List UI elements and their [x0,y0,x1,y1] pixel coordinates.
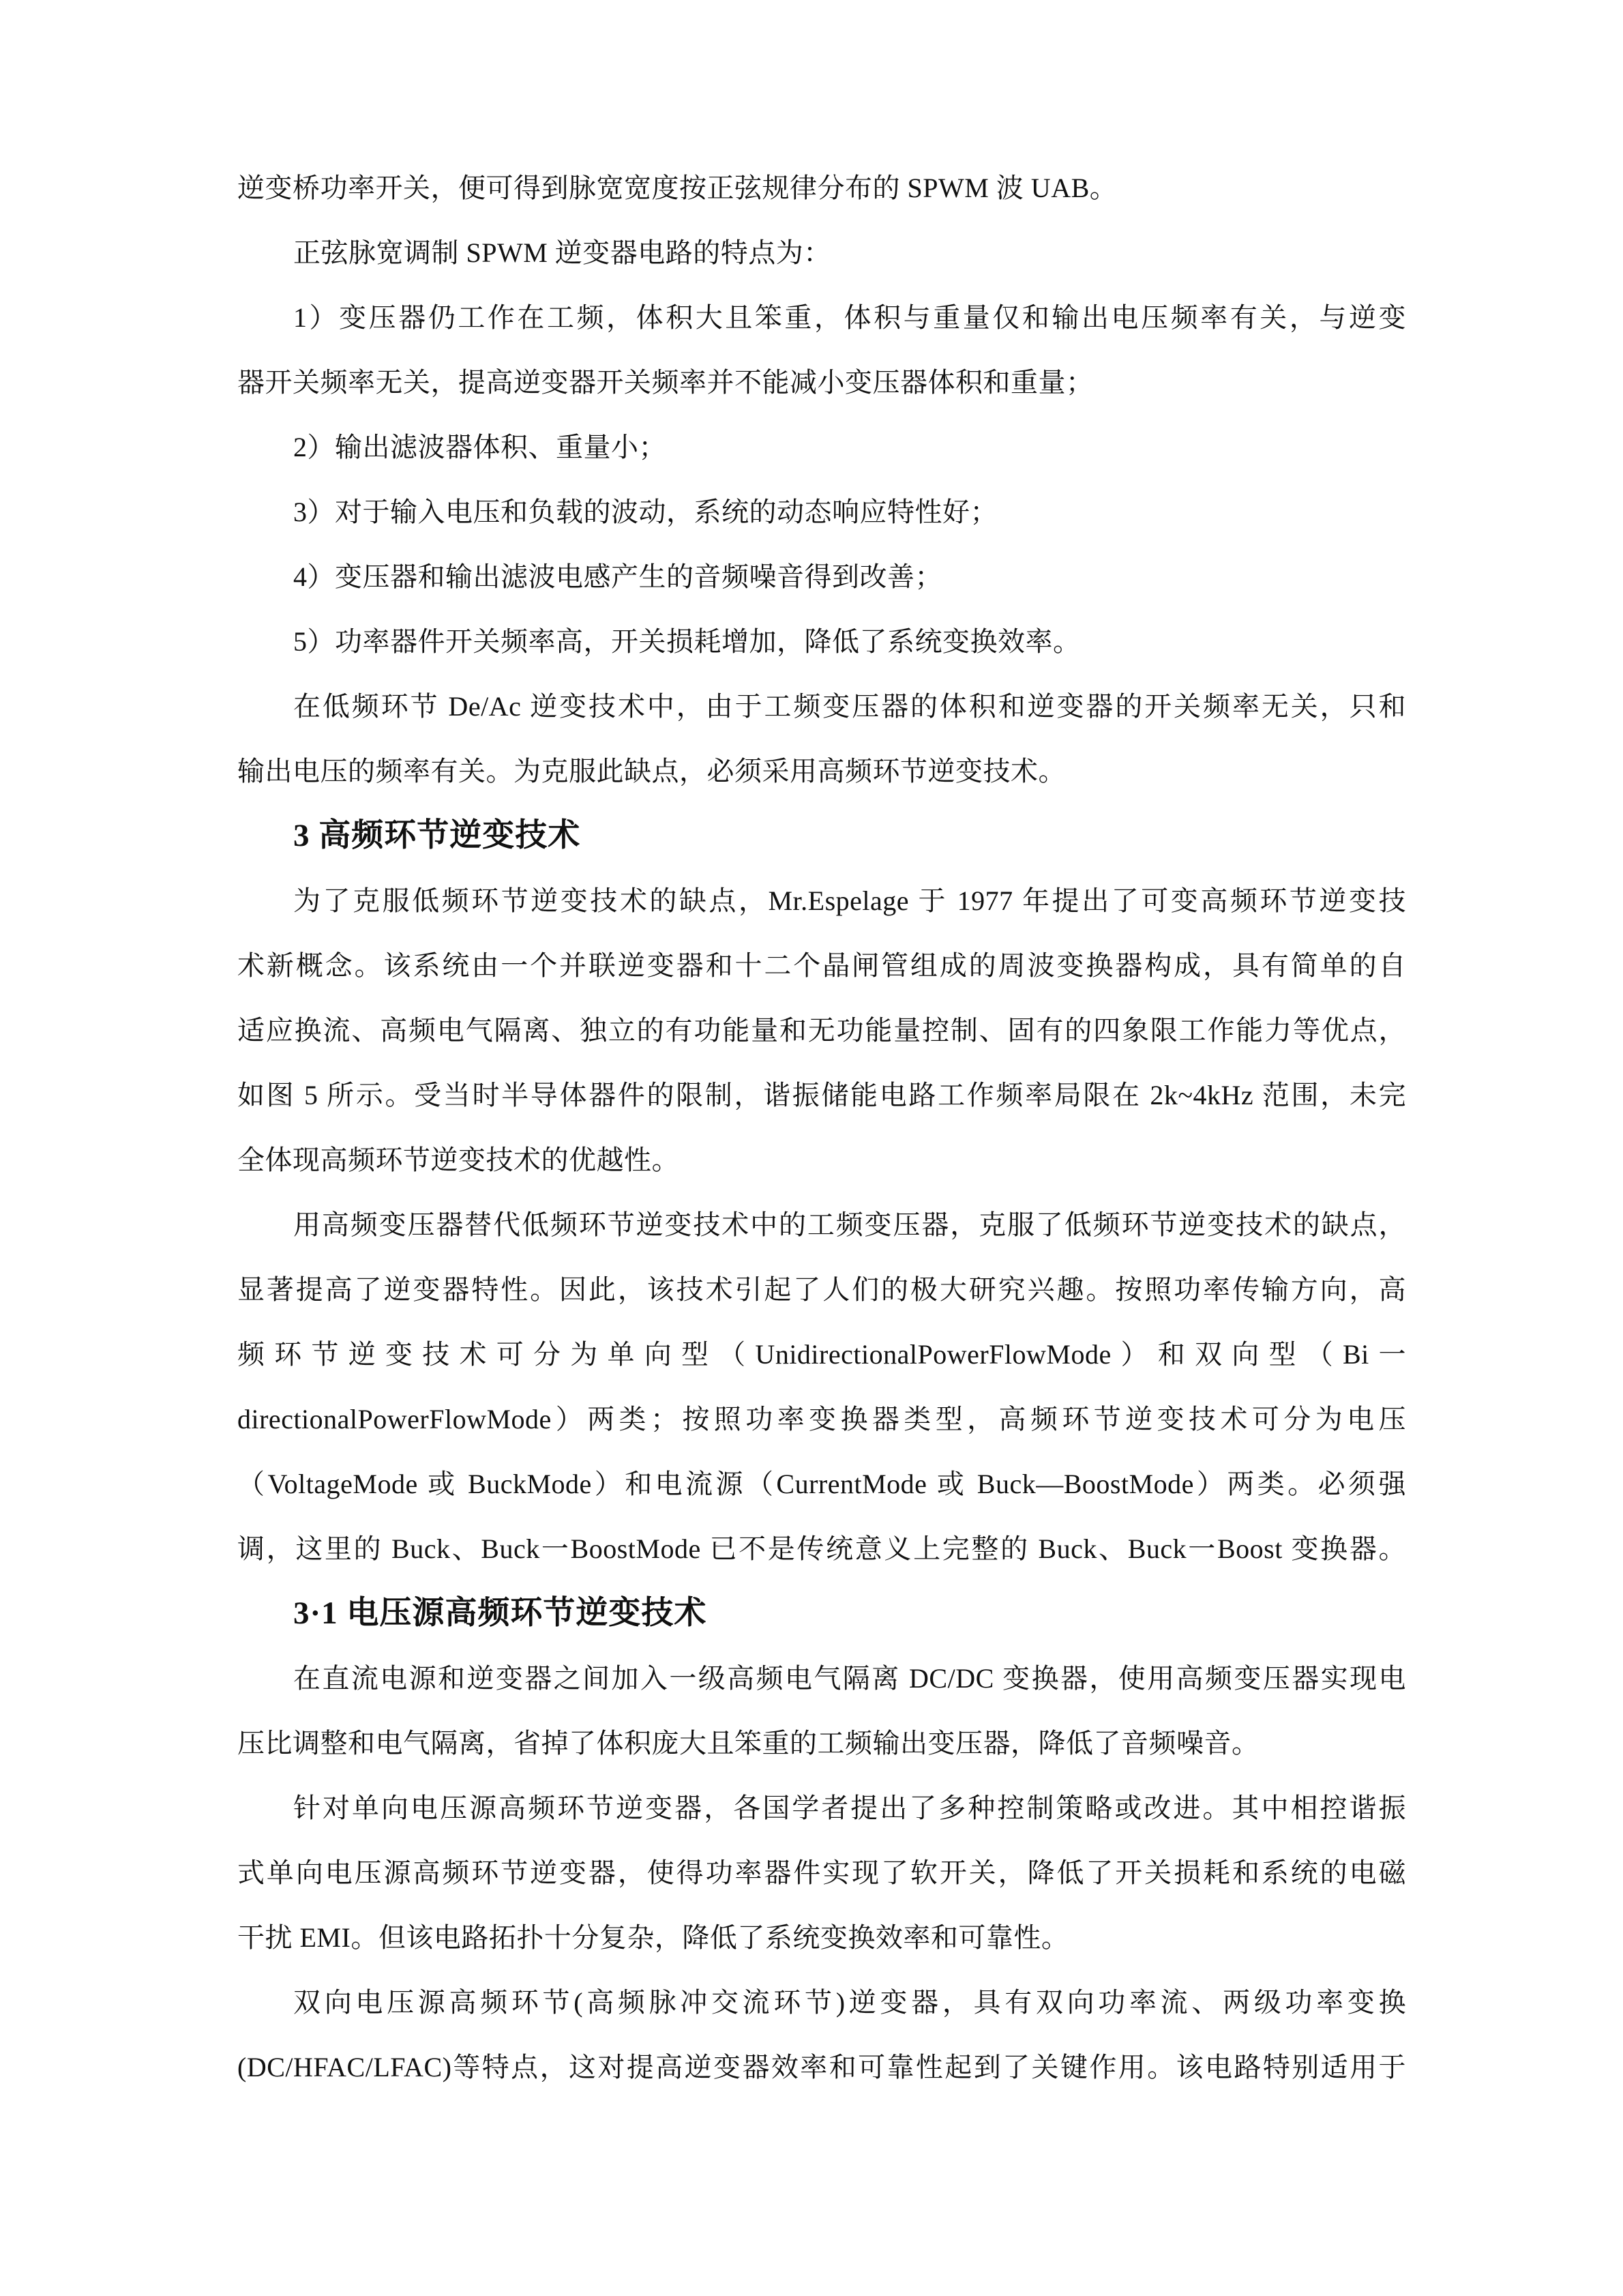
text-line: 式单向电压源高频环节逆变器，使得功率器件实现了软开关，降低了开关损耗和系统的电磁 [237,1840,1406,1905]
text-line: 压比调整和电气隔离，省掉了体积庞大且笨重的工频输出变压器，降低了音频噪音。 [237,1711,1406,1776]
text-line: directionalPowerFlowMode）两类；按照功率变换器类型，高频… [237,1387,1406,1452]
text-line: 2）输出滤波器体积、重量小； [237,415,1406,480]
text-line: 针对单向电压源高频环节逆变器，各国学者提出了多种控制策略或改进。其中相控谐振 [237,1776,1406,1840]
text-line: 频环节逆变技术可分为单向型（UnidirectionalPowerFlowMod… [237,1322,1406,1387]
text-line: 在低频环节 De/Ac 逆变技术中，由于工频变压器的体积和逆变器的开关频率无关，… [237,674,1406,739]
text-line: 显著提高了逆变器特性。因此，该技术引起了人们的极大研究兴趣。按照功率传输方向，高 [237,1257,1406,1322]
text-line: 器开关频率无关，提高逆变器开关频率并不能减小变压器体积和重量； [237,350,1406,415]
text-line: 适应换流、高频电气隔离、独立的有功能量和无功能量控制、固有的四象限工作能力等优点… [237,998,1406,1063]
text-line: 5）功率器件开关频率高，开关损耗增加，降低了系统变换效率。 [237,609,1406,674]
text-line: 术新概念。该系统由一个并联逆变器和十二个晶闸管组成的周波变换器构成，具有简单的自 [237,933,1406,998]
text-line: 1）变压器仍工作在工频，体积大且笨重，体积与重量仅和输出电压频率有关，与逆变 [237,285,1406,350]
section-heading: 3 高频环节逆变技术 [237,804,1406,868]
text-line: 为了克服低频环节逆变技术的缺点，Mr.Espelage 于 1977 年提出了可… [237,868,1406,933]
document-text-block: 逆变桥功率开关，便可得到脉宽宽度按正弦规律分布的 SPWM 波 UAB。正弦脉宽… [237,156,1406,2100]
text-line: 干扰 EMI。但该电路拓扑十分复杂，降低了系统变换效率和可靠性。 [237,1905,1406,1970]
text-line: 输出电压的频率有关。为克服此缺点，必须采用高频环节逆变技术。 [237,739,1406,804]
text-line: 全体现高频环节逆变技术的优越性。 [237,1128,1406,1192]
section-heading: 3·1 电压源高频环节逆变技术 [237,1581,1406,1646]
document-page: 逆变桥功率开关，便可得到脉宽宽度按正弦规律分布的 SPWM 波 UAB。正弦脉宽… [0,0,1623,2296]
text-line: 3）对于输入电压和负载的波动，系统的动态响应特性好； [237,480,1406,544]
text-line: 双向电压源高频环节(高频脉冲交流环节)逆变器，具有双向功率流、两级功率变换 [237,1970,1406,2035]
text-line: (DC/HFAC/LFAC)等特点，这对提高逆变器效率和可靠性起到了关键作用。该… [237,2035,1406,2100]
text-line: 用高频变压器替代低频环节逆变技术中的工频变压器，克服了低频环节逆变技术的缺点， [237,1192,1406,1257]
text-line: 4）变压器和输出滤波电感产生的音频噪音得到改善； [237,544,1406,609]
text-line: 调，这里的 Buck、Buck一BoostMode 已不是传统意义上完整的 Bu… [237,1516,1406,1581]
text-line: 逆变桥功率开关，便可得到脉宽宽度按正弦规律分布的 SPWM 波 UAB。 [237,156,1406,220]
text-line: 在直流电源和逆变器之间加入一级高频电气隔离 DC/DC 变换器，使用高频变压器实… [237,1646,1406,1711]
text-line: （VoltageMode 或 BuckMode）和电流源（CurrentMode… [237,1452,1406,1516]
text-line: 正弦脉宽调制 SPWM 逆变器电路的特点为： [237,220,1406,285]
text-line: 如图 5 所示。受当时半导体器件的限制，谐振储能电路工作频率局限在 2k~4kH… [237,1063,1406,1128]
